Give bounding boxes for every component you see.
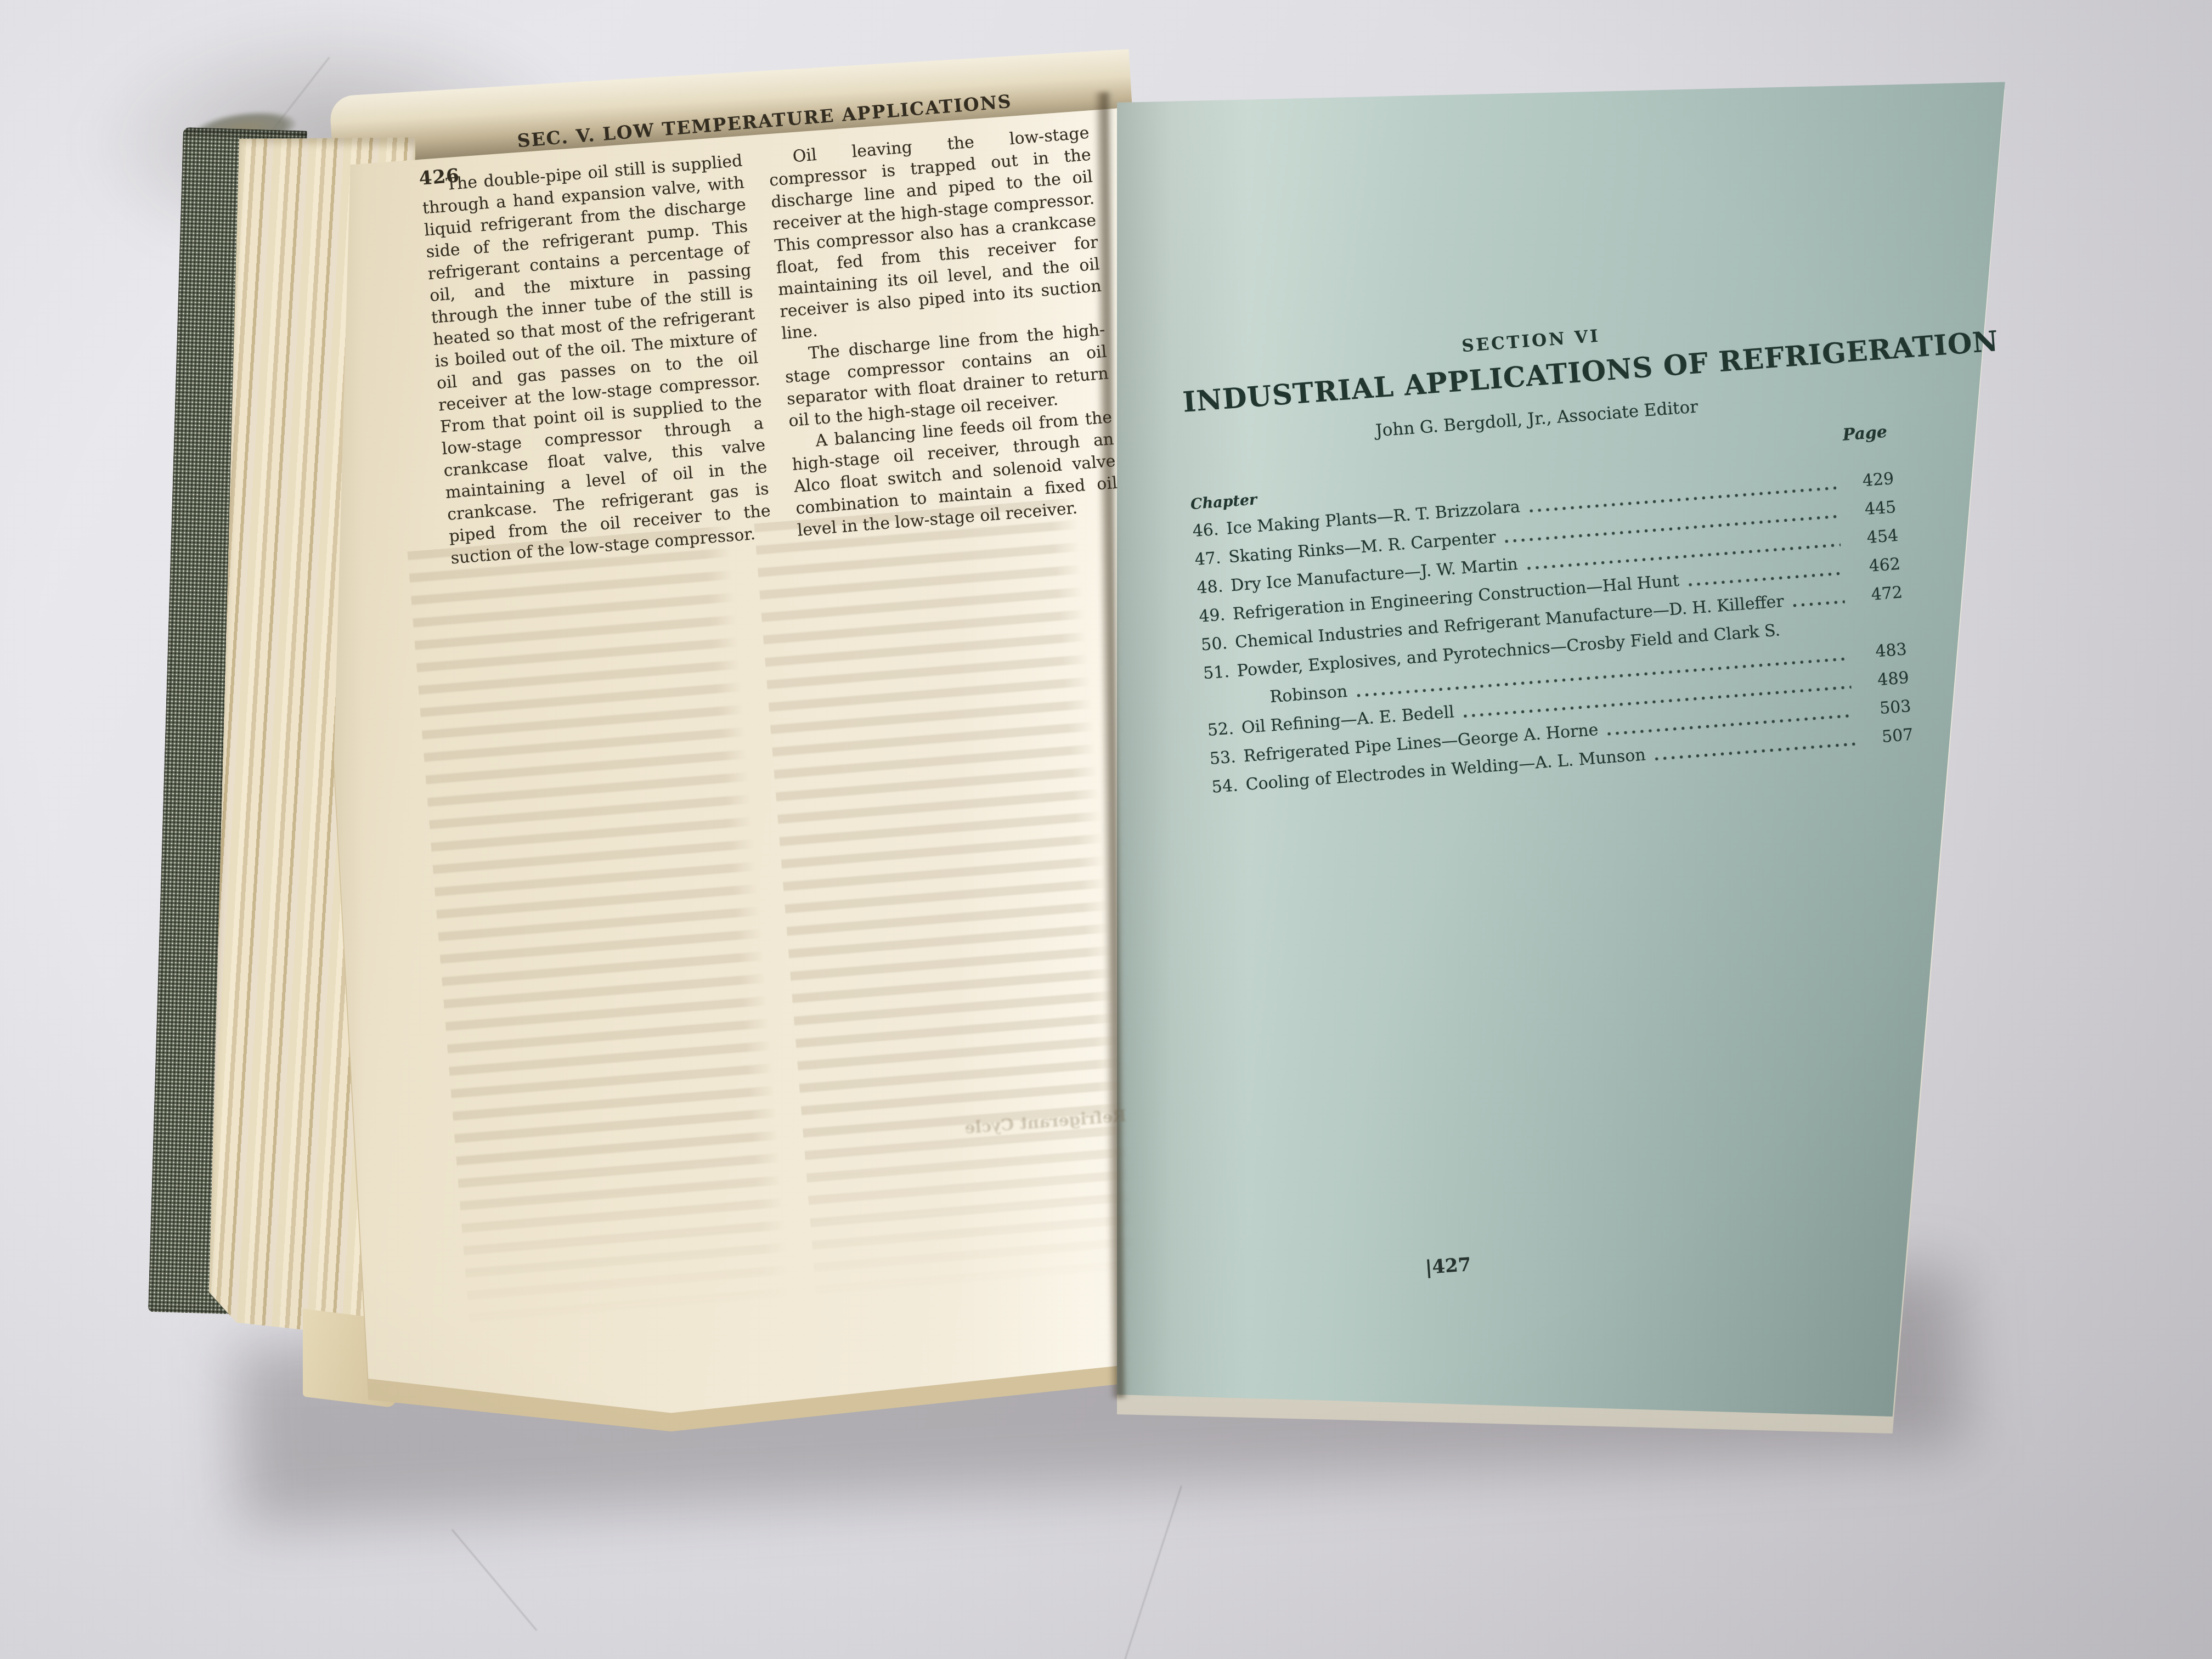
toc-page-number: 507 xyxy=(1864,721,1915,753)
right-page-content: SECTION VI INDUSTRIAL APPLICATIONS OF RE… xyxy=(1180,305,1914,802)
background-scratch xyxy=(1124,1486,1182,1659)
ghost-text-column xyxy=(407,526,792,1334)
toc-page-number: 483 xyxy=(1858,635,1908,667)
toc-chapter-number: 48. xyxy=(1196,572,1232,603)
toc-page-number: 462 xyxy=(1851,550,1901,582)
toc-page-number: 454 xyxy=(1849,522,1899,554)
toc-page-number: 472 xyxy=(1853,578,1904,610)
ghost-text-area xyxy=(407,495,1165,1333)
ghost-text-column xyxy=(754,498,1138,1306)
left-page-content: SEC. V. LOW TEMPERATURE APPLICATIONS 426… xyxy=(417,82,1145,569)
toc-chapter-number: 49. xyxy=(1198,600,1234,631)
body-paragraph: The double-pipe oil still is supplied th… xyxy=(420,150,774,570)
toc-list: 46.Ice Making Plants—R. T. Brizzolara429… xyxy=(1192,465,1914,802)
photo-scene: SEC. V. LOW TEMPERATURE APPLICATIONS 426… xyxy=(0,0,2212,1659)
toc-page-number: 503 xyxy=(1862,692,1912,724)
toc-chapter-number: 52. xyxy=(1206,714,1243,746)
toc-chapter-number: 47. xyxy=(1194,543,1230,574)
toc-page-number: 489 xyxy=(1860,664,1910,696)
toc-chapter-number xyxy=(1206,705,1240,708)
toc-chapter-number: 46. xyxy=(1192,515,1228,546)
left-column: The double-pipe oil still is supplied th… xyxy=(420,150,774,570)
toc-chapter-number: 50. xyxy=(1200,629,1236,660)
background-scratch xyxy=(452,1529,537,1630)
toc-chapter-number: 54. xyxy=(1211,771,1247,802)
left-page-folio: 426 xyxy=(418,165,460,190)
toc-chapter-number: 51. xyxy=(1202,657,1238,689)
body-paragraph: Oil leaving the low-stage compressor is … xyxy=(766,122,1104,345)
toc-page-number: 429 xyxy=(1845,465,1895,496)
toc-chapter-number: 53. xyxy=(1209,742,1245,774)
toc-dotted-leader xyxy=(1793,600,1845,607)
right-page-folio: |427 xyxy=(1425,1254,1472,1279)
toc-page-number: 445 xyxy=(1847,493,1897,525)
right-column: Oil leaving the low-stage compressor is … xyxy=(766,122,1120,542)
